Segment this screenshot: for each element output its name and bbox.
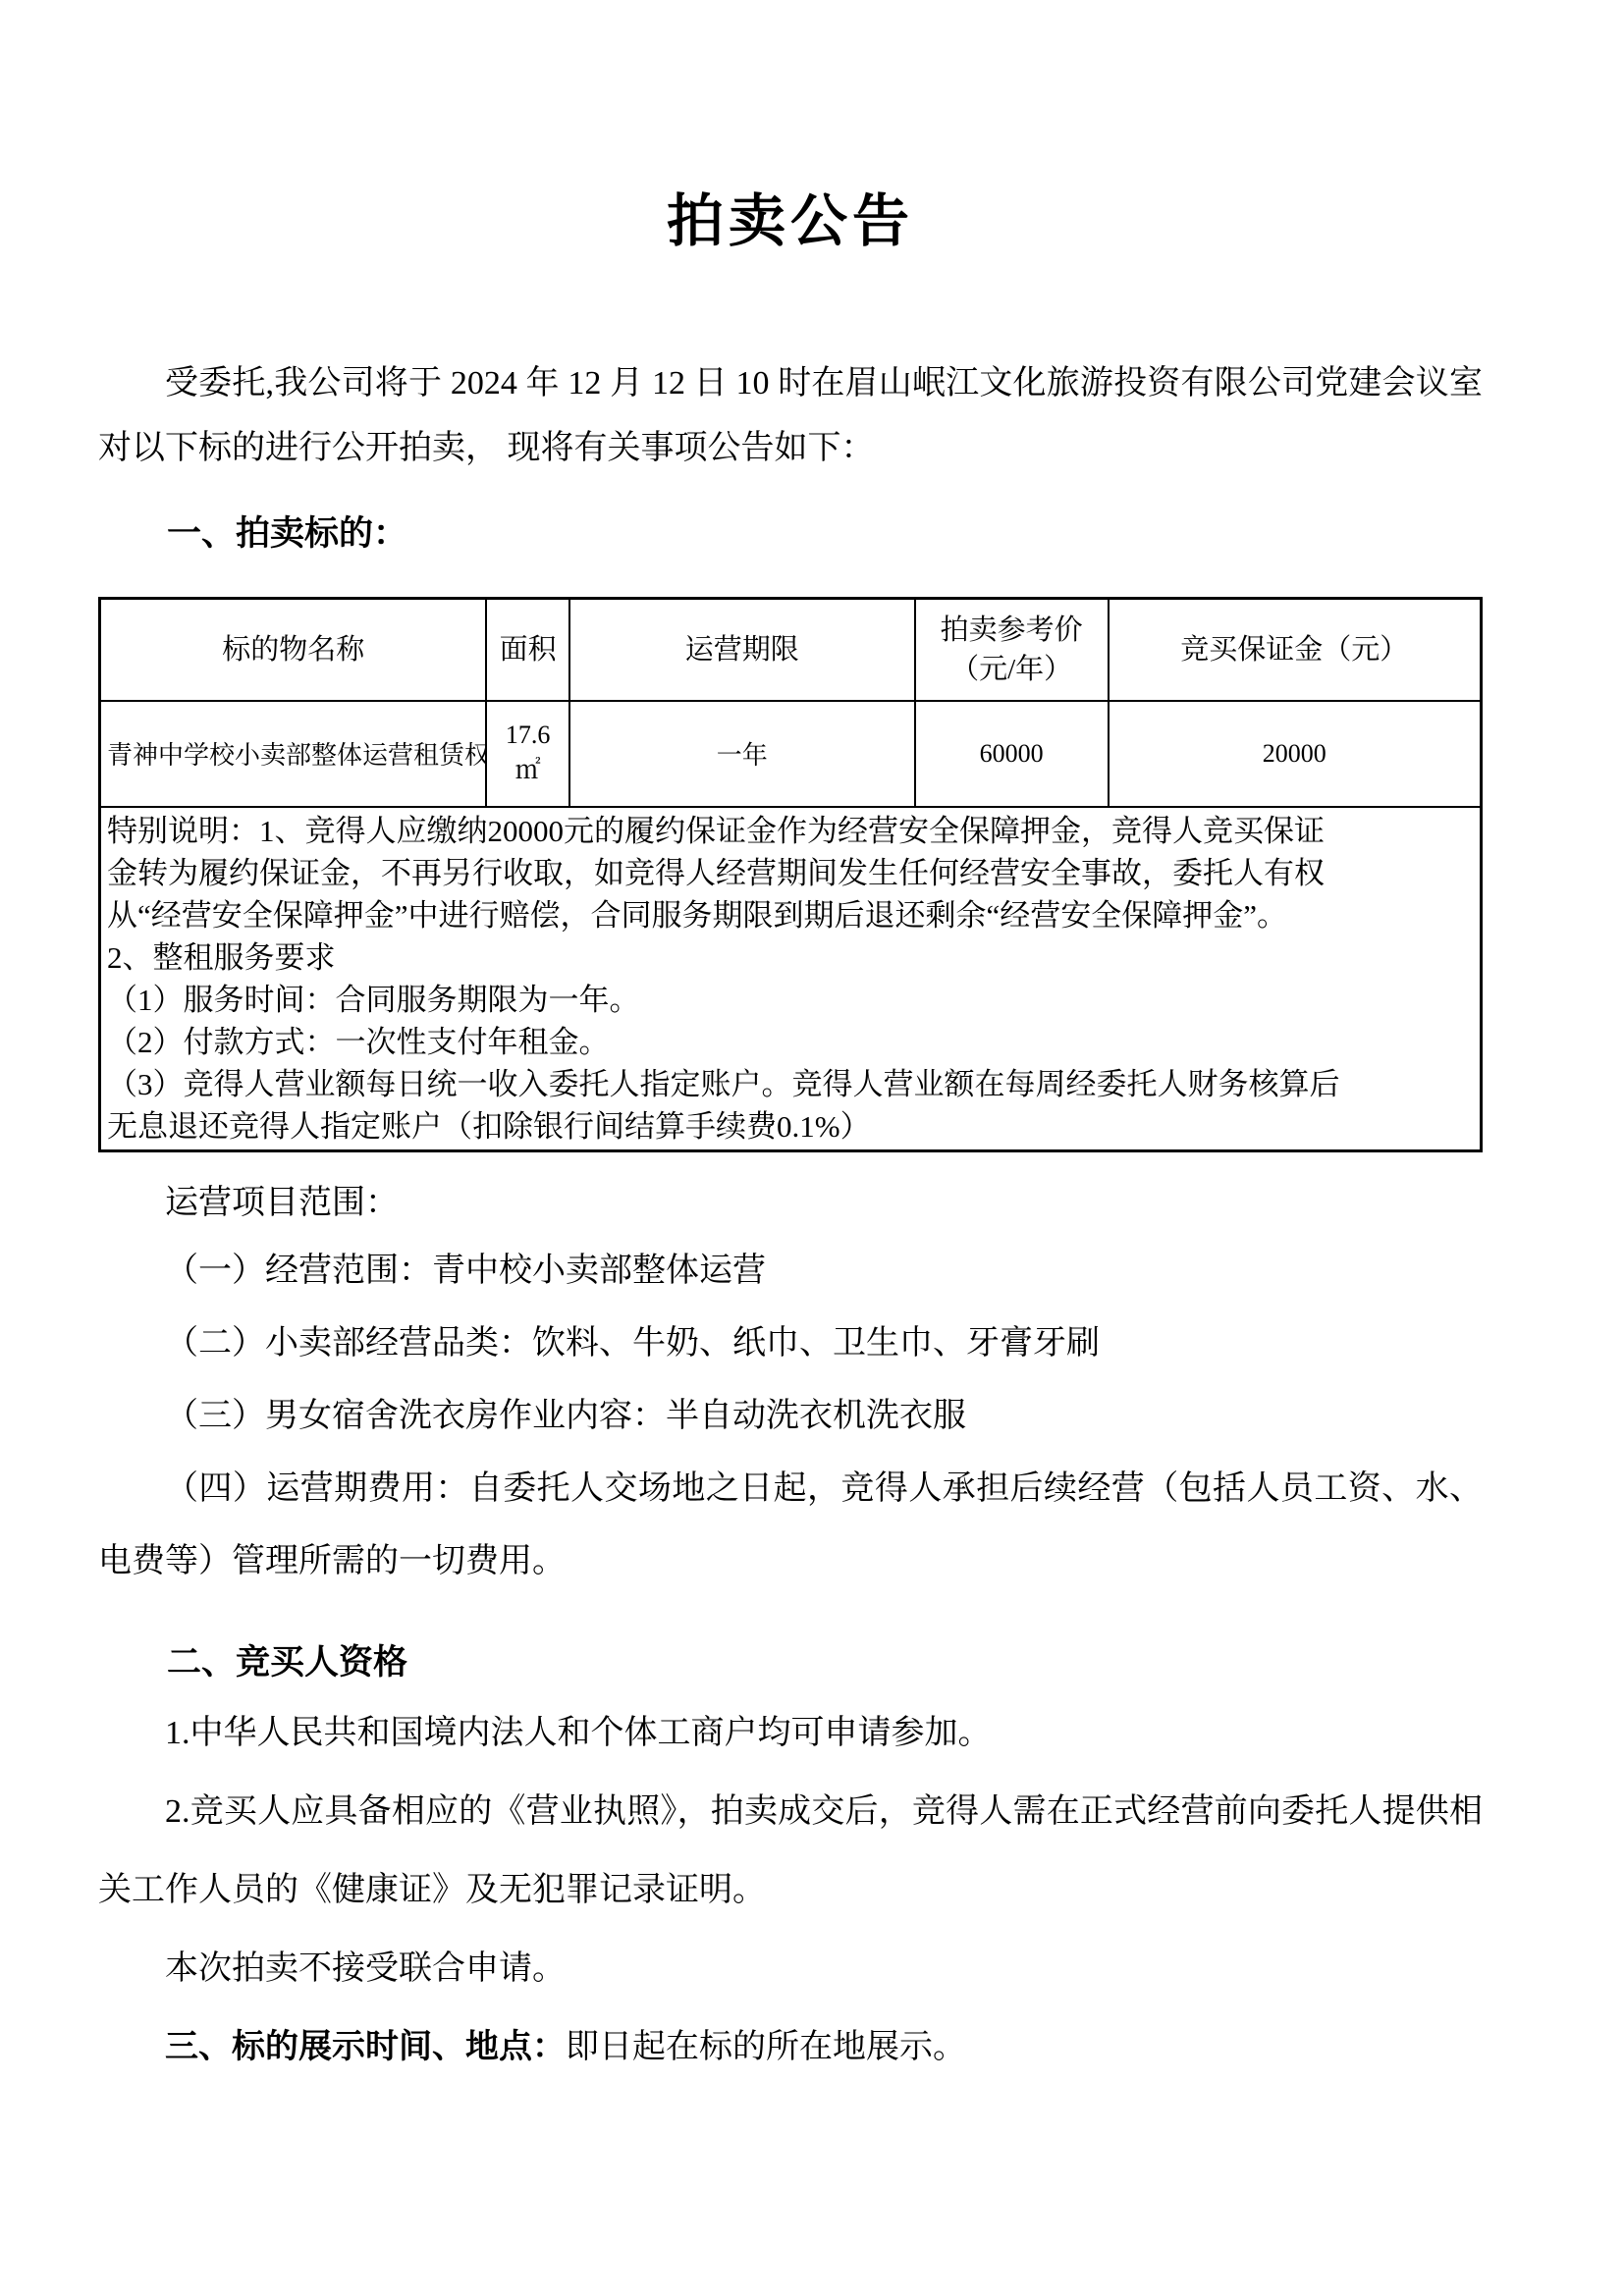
no-joint-application-note: 本次拍卖不接受联合申请。 [98,1930,1483,2008]
special-note-line: 特别说明：1、竞得人应缴纳20000元的履约保证金作为经营安全保障押金，竞得人竞… [107,810,1474,852]
special-note-line: （1）服务时间：合同服务期限为一年。 [107,979,1474,1021]
column-header-area: 面积 [486,599,568,701]
section-1-heading: 一、拍卖标的： [98,508,1483,560]
special-note-line: 金转为履约保证金，不再另行收取，如竞得人经营期间发生任何经营安全事故，委托人有权 [107,852,1474,894]
page-title: 拍卖公告 [98,187,1483,257]
special-notes-cell: 特别说明：1、竞得人应缴纳20000元的履约保证金作为经营安全保障押金，竞得人竞… [100,807,1482,1151]
special-notes-row: 特别说明：1、竞得人应缴纳20000元的履约保证金作为经营安全保障押金，竞得人竞… [100,807,1482,1151]
bid-deposit-cell: 20000 [1109,701,1482,807]
column-header-lot-name: 标的物名称 [100,599,487,701]
scope-item-laundry-content: （三）男女宿舍洗衣房作业内容：半自动洗衣机洗衣服 [98,1380,1483,1453]
column-header-reference-price: 拍卖参考价 （元/年） [915,599,1109,701]
section-2-heading: 二、竞买人资格 [98,1631,1483,1694]
reference-price-cell: 60000 [915,701,1109,807]
section-3-paragraph: 三、标的展示时间、地点：即日起在标的所在地展示。 [98,2008,1483,2087]
column-header-bid-deposit: 竞买保证金（元） [1109,599,1482,701]
special-note-line: （3）竞得人营业额每日统一收入委托人指定账户。竞得人营业额在每周经委托人财务核算… [107,1063,1474,1105]
scope-item-business-scope: （一）经营范围：青中校小卖部整体运营 [98,1235,1483,1308]
bidder-qualification-item-1: 1.中华人民共和国境内法人和个体工商户均可申请参加。 [98,1694,1483,1773]
auction-announcement-page: 拍卖公告 受委托,我公司将于 2024 年 12 月 12 日 10 时在眉山岷… [0,0,1624,2296]
bidder-qualification-item-2: 2.竞买人应具备相应的《营业执照》，拍卖成交后，竞得人需在正式经营前向委托人提供… [98,1773,1483,1930]
special-note-line: （2）付款方式：一次性支付年租金。 [107,1021,1474,1063]
lot-name-cell: 青神中学校小卖部整体运营租赁权 [100,701,487,807]
section-3-text: 即日起在标的所在地展示。 [566,2029,966,2065]
section-3-heading: 三、标的展示时间、地点： [165,2029,566,2065]
special-note-line: 2、整租服务要求 [107,936,1474,979]
scope-item-operation-costs: （四）运营期费用：自委托人交场地之日起，竞得人承担后续经营（包括人员工资、水、电… [98,1453,1483,1598]
special-note-line: 从“经营安全保障押金”中进行赔偿，合同服务期限到期后退还剩余“经营安全保障押金”… [107,894,1474,936]
special-note-line: 无息退还竞得人指定账户（扣除银行间结算手续费0.1%） [107,1105,1474,1148]
operation-scope-heading: 运营项目范围： [98,1178,1483,1229]
table-row: 青神中学校小卖部整体运营租赁权 17.6㎡ 一年 60000 20000 [100,701,1482,807]
auction-lot-table: 标的物名称 面积 运营期限 拍卖参考价 （元/年） 竞买保证金（元） 青神中学校… [98,597,1483,1152]
intro-paragraph: 受委托,我公司将于 2024 年 12 月 12 日 10 时在眉山岷江文化旅游… [98,351,1483,481]
table-header-row: 标的物名称 面积 运营期限 拍卖参考价 （元/年） 竞买保证金（元） [100,599,1482,701]
scope-item-product-categories: （二）小卖部经营品类：饮料、牛奶、纸巾、卫生巾、牙膏牙刷 [98,1308,1483,1380]
column-header-operation-term: 运营期限 [569,599,915,701]
area-cell: 17.6㎡ [486,701,568,807]
operation-term-cell: 一年 [569,701,915,807]
